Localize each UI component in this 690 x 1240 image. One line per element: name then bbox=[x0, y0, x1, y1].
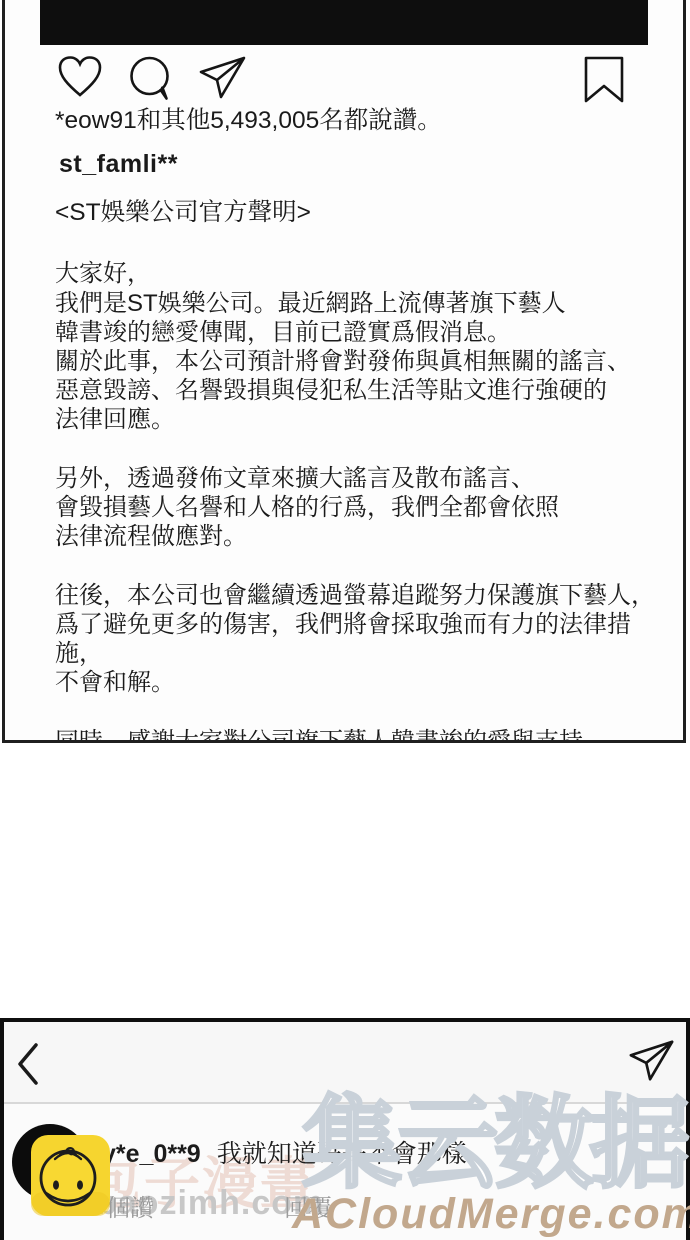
post-text-block: *eow91和其他5,493,005名都說讚。 st_famli** <ST娛樂… bbox=[55, 106, 671, 743]
comment-reply-button[interactable]: 回覆 bbox=[284, 1195, 332, 1222]
comments-header bbox=[4, 1022, 686, 1104]
send-plane-icon[interactable] bbox=[628, 1038, 676, 1084]
post-image bbox=[40, 0, 648, 45]
heart-icon[interactable] bbox=[57, 55, 103, 100]
likes-count-text[interactable]: *eow91和其他5,493,005名都說讚。 bbox=[55, 106, 671, 135]
baozi-mascot-logo bbox=[30, 1130, 112, 1223]
comment-row: y*e_0**9我就知道哥哥不會那樣 bbox=[102, 1134, 467, 1170]
instagram-post-panel: *eow91和其他5,493,005名都說讚。 st_famli** <ST娛樂… bbox=[2, 0, 686, 743]
post-action-row bbox=[57, 55, 248, 101]
statement-body: 大家好， 我們是ST娛樂公司。最近網路上流傳著旗下藝人 韓書竣的戀愛傳聞，目前已… bbox=[55, 259, 671, 743]
statement-title: <ST娛樂公司官方聲明> bbox=[55, 193, 671, 228]
comment-list: y*e_0**9我就知道哥哥不會那樣 個讚回覆 bbox=[4, 1104, 686, 1238]
comment-meta-row: 個讚回覆 bbox=[106, 1188, 332, 1223]
comment-bubble-icon[interactable] bbox=[127, 55, 174, 101]
bookmark-icon[interactable] bbox=[583, 56, 625, 104]
comment-username[interactable]: y*e_0**9 bbox=[102, 1140, 201, 1168]
post-username[interactable]: st_famli** bbox=[55, 150, 671, 179]
back-chevron-icon[interactable] bbox=[16, 1042, 40, 1086]
comment-text: 我就知道哥哥不會那樣 bbox=[217, 1140, 467, 1168]
comments-panel: y*e_0**9我就知道哥哥不會那樣 個讚回覆 bbox=[0, 1018, 690, 1240]
comment-likes-label[interactable]: 個讚 bbox=[106, 1195, 154, 1222]
send-plane-icon[interactable] bbox=[198, 55, 248, 101]
